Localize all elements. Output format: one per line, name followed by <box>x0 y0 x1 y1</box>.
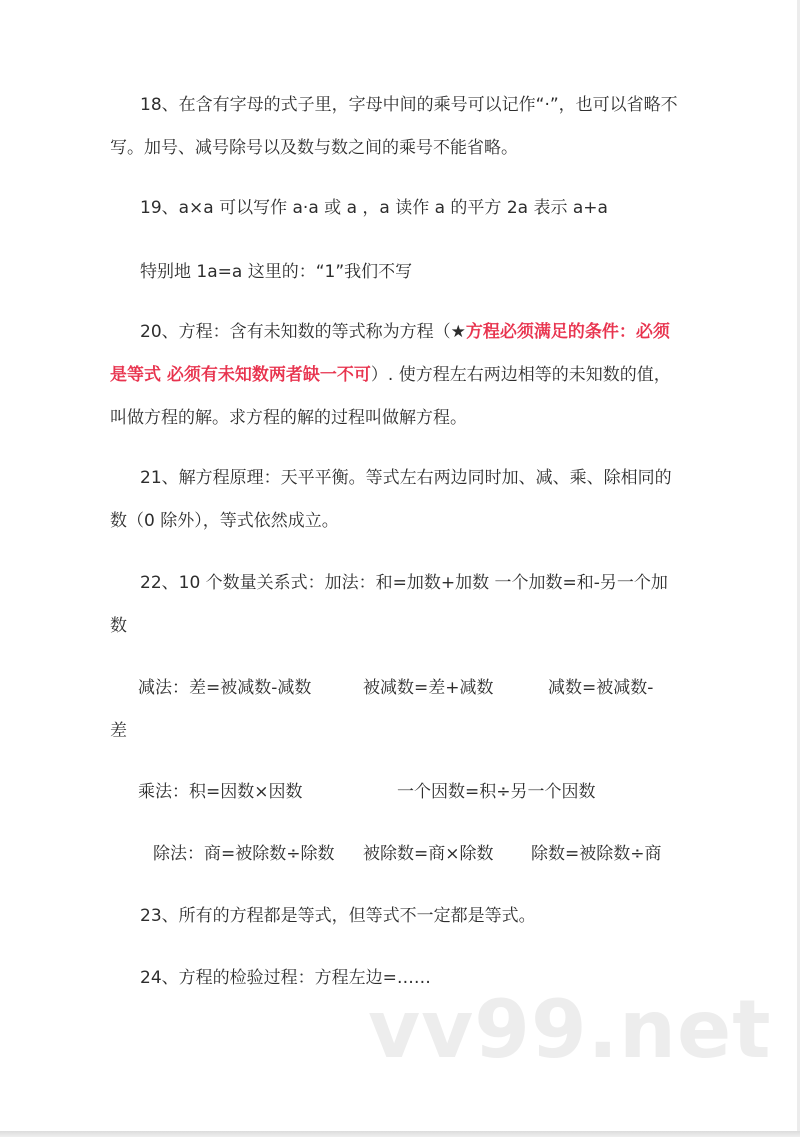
multiplication-formula-2: 一个因数=积÷另一个因数 <box>397 781 596 803</box>
multiplication-formula-1: 乘法：积=因数×因数 <box>138 781 303 803</box>
item-22-line-2: 数 <box>110 615 127 637</box>
item-20-line-1: 20、方程：含有未知数的等式称为方程（★方程必须满足的条件：必须 <box>140 321 670 343</box>
item-20-highlight-2: 是等式 必须有未知数两者缺一不可 <box>110 365 371 385</box>
item-20-prefix: 20、方程：含有未知数的等式称为方程（★ <box>140 322 466 342</box>
item-20-suffix: ）. 使方程左右两边相等的未知数的值， <box>371 365 671 385</box>
division-formula-2: 被除数=商×除数 <box>363 843 494 865</box>
item-20-line-3: 叫做方程的解。求方程的解的过程叫做解方程。 <box>110 407 467 429</box>
subtraction-formula-1: 减法：差=被减数-减数 <box>138 677 311 699</box>
subtraction-formula-wrap: 差 <box>110 720 127 742</box>
subtraction-formula-3: 减数=被减数- <box>548 677 653 699</box>
item-20-highlight-1: 方程必须满足的条件：必须 <box>466 322 670 342</box>
item-19-line-2: 特别地 1a=a 这里的：“1”我们不写 <box>140 261 412 283</box>
item-18-line-1: 18、在含有字母的式子里，字母中间的乘号可以记作“·”，也可以省略不 <box>140 94 678 116</box>
item-22-line-1: 22、10 个数量关系式：加法：和=加数+加数 一个加数=和-另一个加 <box>140 572 668 594</box>
division-formula-3: 除数=被除数÷商 <box>531 843 662 865</box>
division-formula-1: 除法：商=被除数÷除数 <box>153 843 335 865</box>
item-23-line-1: 23、所有的方程都是等式，但等式不一定都是等式。 <box>140 905 536 927</box>
item-18-line-2: 写。加号、减号除号以及数与数之间的乘号不能省略。 <box>110 137 518 159</box>
watermark: vv99.net <box>368 985 771 1075</box>
subtraction-formula-2: 被减数=差+减数 <box>363 677 494 699</box>
item-20-line-2: 是等式 必须有未知数两者缺一不可）. 使方程左右两边相等的未知数的值， <box>110 364 671 386</box>
document-page: 18、在含有字母的式子里，字母中间的乘号可以记作“·”，也可以省略不 写。加号、… <box>0 0 798 1131</box>
item-21-line-2: 数（0 除外），等式依然成立。 <box>110 510 339 532</box>
page-edge-bottom <box>0 1131 800 1137</box>
item-19-line-1: 19、a×a 可以写作 a·a 或 a ，a 读作 a 的平方 2a 表示 a+… <box>140 197 608 219</box>
item-21-line-1: 21、解方程原理：天平平衡。等式左右两边同时加、减、乘、除相同的 <box>140 467 672 489</box>
